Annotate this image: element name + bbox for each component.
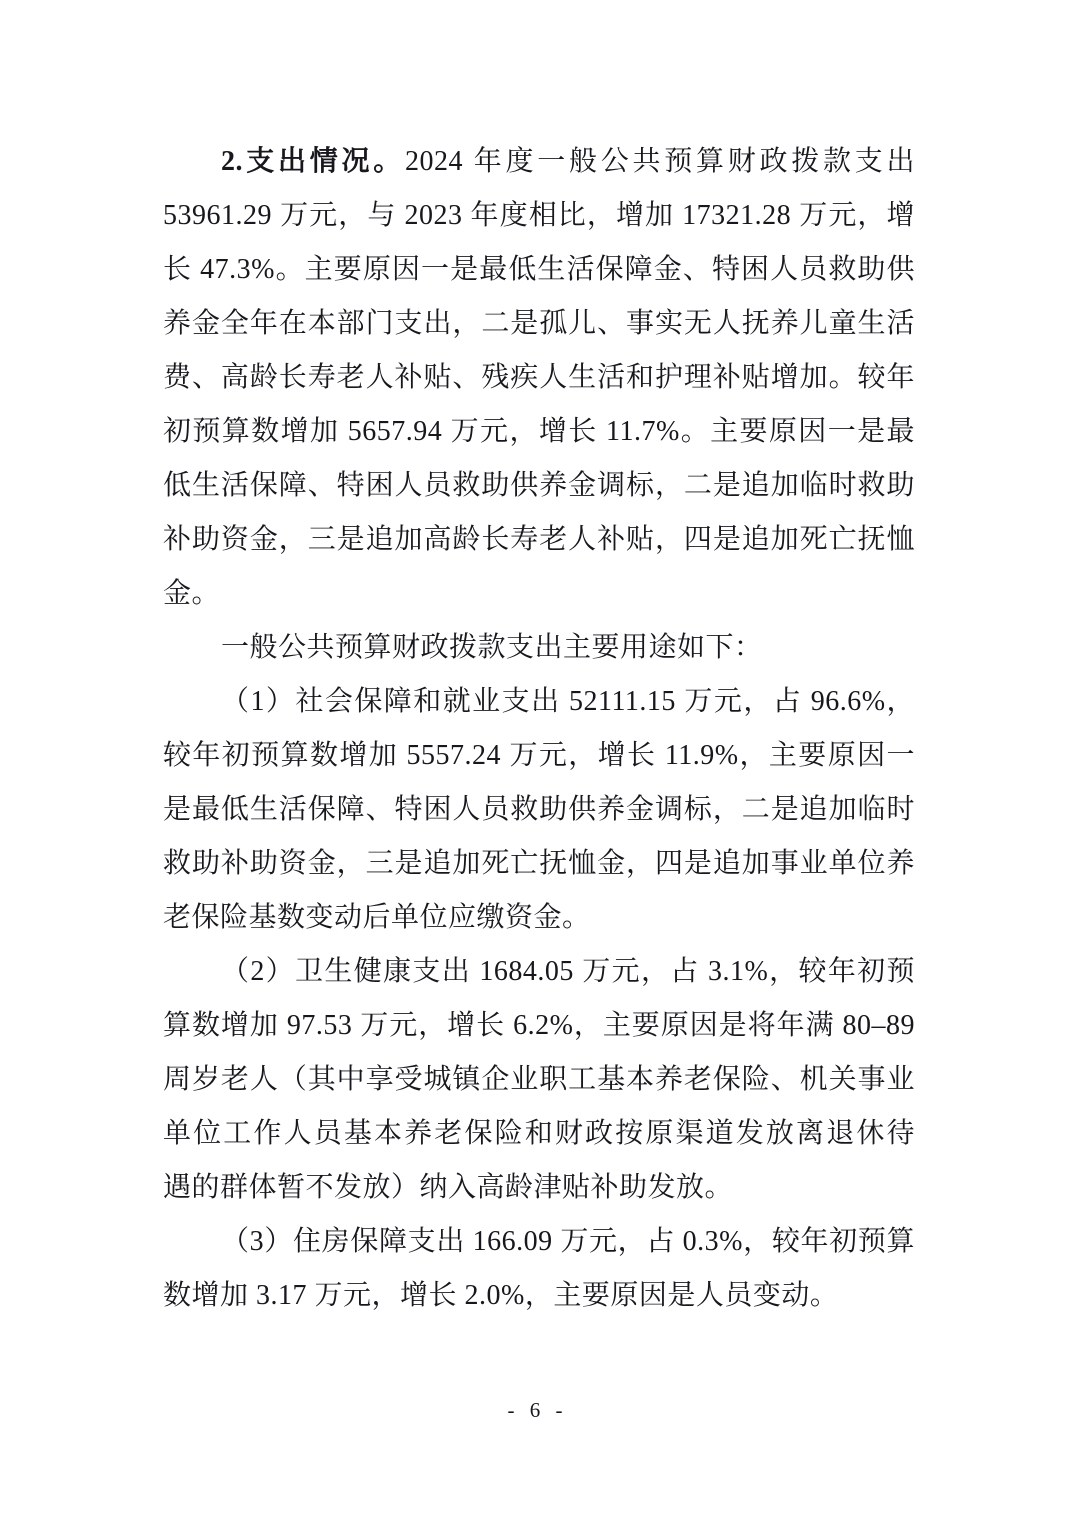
text-line: 低生活保障、特困人员救助供养金调标，二是追加临时救助: [163, 459, 915, 513]
body-text: 初预算数增加 5657.94 万元，增长 11.7%。主要原因一是最: [163, 416, 915, 447]
text-line: （2）卫生健康支出 1684.05 万元，占 3.1%，较年初预: [163, 945, 915, 999]
text-line: 费、高龄长寿老人补贴、残疾人生活和护理补贴增加。较年: [163, 351, 915, 405]
text-line: 老保险基数变动后单位应缴资金。: [163, 891, 915, 945]
page-number: - 6 -: [508, 1398, 568, 1422]
paragraph: 一般公共预算财政拨款支出主要用途如下：: [163, 621, 915, 675]
body-text: 较年初预算数增加 5557.24 万元，增长 11.9%，主要原因一: [163, 740, 915, 771]
text-line: 53961.29 万元，与 2023 年度相比，增加 17321.28 万元，增: [163, 189, 915, 243]
body-text: 救助补助资金，三是追加死亡抚恤金，四是追加事业单位养: [163, 848, 915, 879]
text-line: 较年初预算数增加 5557.24 万元，增长 11.9%，主要原因一: [163, 729, 915, 783]
body-text: 53961.29 万元，与 2023 年度相比，增加 17321.28 万元，增: [163, 200, 915, 231]
body-text: 是最低生活保障、特困人员救助供养金调标，二是追加临时: [163, 794, 915, 825]
paragraph: （3）住房保障支出 166.09 万元，占 0.3%，较年初预算数增加 3.17…: [163, 1215, 915, 1323]
body-text: 周岁老人（其中享受城镇企业职工基本养老保险、机关事业: [163, 1064, 915, 1095]
text-line: 遇的群体暂不发放）纳入高龄津贴补助发放。: [163, 1161, 915, 1215]
text-line: 周岁老人（其中享受城镇企业职工基本养老保险、机关事业: [163, 1053, 915, 1107]
text-line: 数增加 3.17 万元，增长 2.0%，主要原因是人员变动。: [163, 1269, 915, 1323]
text-line: 救助补助资金，三是追加死亡抚恤金，四是追加事业单位养: [163, 837, 915, 891]
paragraph: （2）卫生健康支出 1684.05 万元，占 3.1%，较年初预算数增加 97.…: [163, 945, 915, 1215]
text-line: （3）住房保障支出 166.09 万元，占 0.3%，较年初预算: [163, 1215, 915, 1269]
body-text: 长 47.3%。主要原因一是最低生活保障金、特困人员救助供: [163, 254, 915, 285]
body-text: 数增加 3.17 万元，增长 2.0%，主要原因是人员变动。: [163, 1280, 838, 1311]
document-body: 2.支出情况。2024 年度一般公共预算财政拨款支出53961.29 万元，与 …: [163, 135, 915, 1323]
body-text: 遇的群体暂不发放）纳入高龄津贴补助发放。: [163, 1172, 733, 1203]
text-line: 单位工作人员基本养老保险和财政按原渠道发放离退休待: [163, 1107, 915, 1161]
body-text: （2）卫生健康支出 1684.05 万元，占 3.1%，较年初预: [221, 956, 915, 987]
body-text: 老保险基数变动后单位应缴资金。: [163, 902, 591, 933]
body-text: （1）社会保障和就业支出 52111.15 万元，占 96.6%，: [221, 686, 915, 717]
body-text: 2024 年度一般公共预算财政拨款支出: [405, 146, 915, 177]
text-line: 初预算数增加 5657.94 万元，增长 11.7%。主要原因一是最: [163, 405, 915, 459]
text-line: 补助资金，三是追加高龄长寿老人补贴，四是追加死亡抚恤: [163, 513, 915, 567]
section-heading-text: 2.支出情况。: [221, 146, 405, 177]
document-page: 2.支出情况。2024 年度一般公共预算财政拨款支出53961.29 万元，与 …: [0, 0, 1075, 1520]
text-line: 金。: [163, 567, 915, 621]
body-text: 算数增加 97.53 万元，增长 6.2%，主要原因是将年满 80–89: [163, 1010, 915, 1041]
page-footer: - 6 -: [0, 1398, 1075, 1423]
body-text: 养金全年在本部门支出，二是孤儿、事实无人抚养儿童生活: [163, 308, 915, 339]
text-line: 长 47.3%。主要原因一是最低生活保障金、特困人员救助供: [163, 243, 915, 297]
body-text: 低生活保障、特困人员救助供养金调标，二是追加临时救助: [163, 470, 915, 501]
body-text: 金。: [163, 578, 220, 609]
text-line: 算数增加 97.53 万元，增长 6.2%，主要原因是将年满 80–89: [163, 999, 915, 1053]
text-line: 2.支出情况。2024 年度一般公共预算财政拨款支出: [163, 135, 915, 189]
text-line: 是最低生活保障、特困人员救助供养金调标，二是追加临时: [163, 783, 915, 837]
text-line: 养金全年在本部门支出，二是孤儿、事实无人抚养儿童生活: [163, 297, 915, 351]
body-text: 补助资金，三是追加高龄长寿老人补贴，四是追加死亡抚恤: [163, 524, 915, 555]
text-line: 一般公共预算财政拨款支出主要用途如下：: [163, 621, 915, 675]
body-text: （3）住房保障支出 166.09 万元，占 0.3%，较年初预算: [221, 1226, 915, 1257]
body-text: 费、高龄长寿老人补贴、残疾人生活和护理补贴增加。较年: [163, 362, 915, 393]
body-text: 一般公共预算财政拨款支出主要用途如下：: [221, 632, 763, 663]
text-line: （1）社会保障和就业支出 52111.15 万元，占 96.6%，: [163, 675, 915, 729]
paragraph: （1）社会保障和就业支出 52111.15 万元，占 96.6%，较年初预算数增…: [163, 675, 915, 945]
paragraph: 2.支出情况。2024 年度一般公共预算财政拨款支出53961.29 万元，与 …: [163, 135, 915, 621]
body-text: 单位工作人员基本养老保险和财政按原渠道发放离退休待: [163, 1118, 915, 1149]
